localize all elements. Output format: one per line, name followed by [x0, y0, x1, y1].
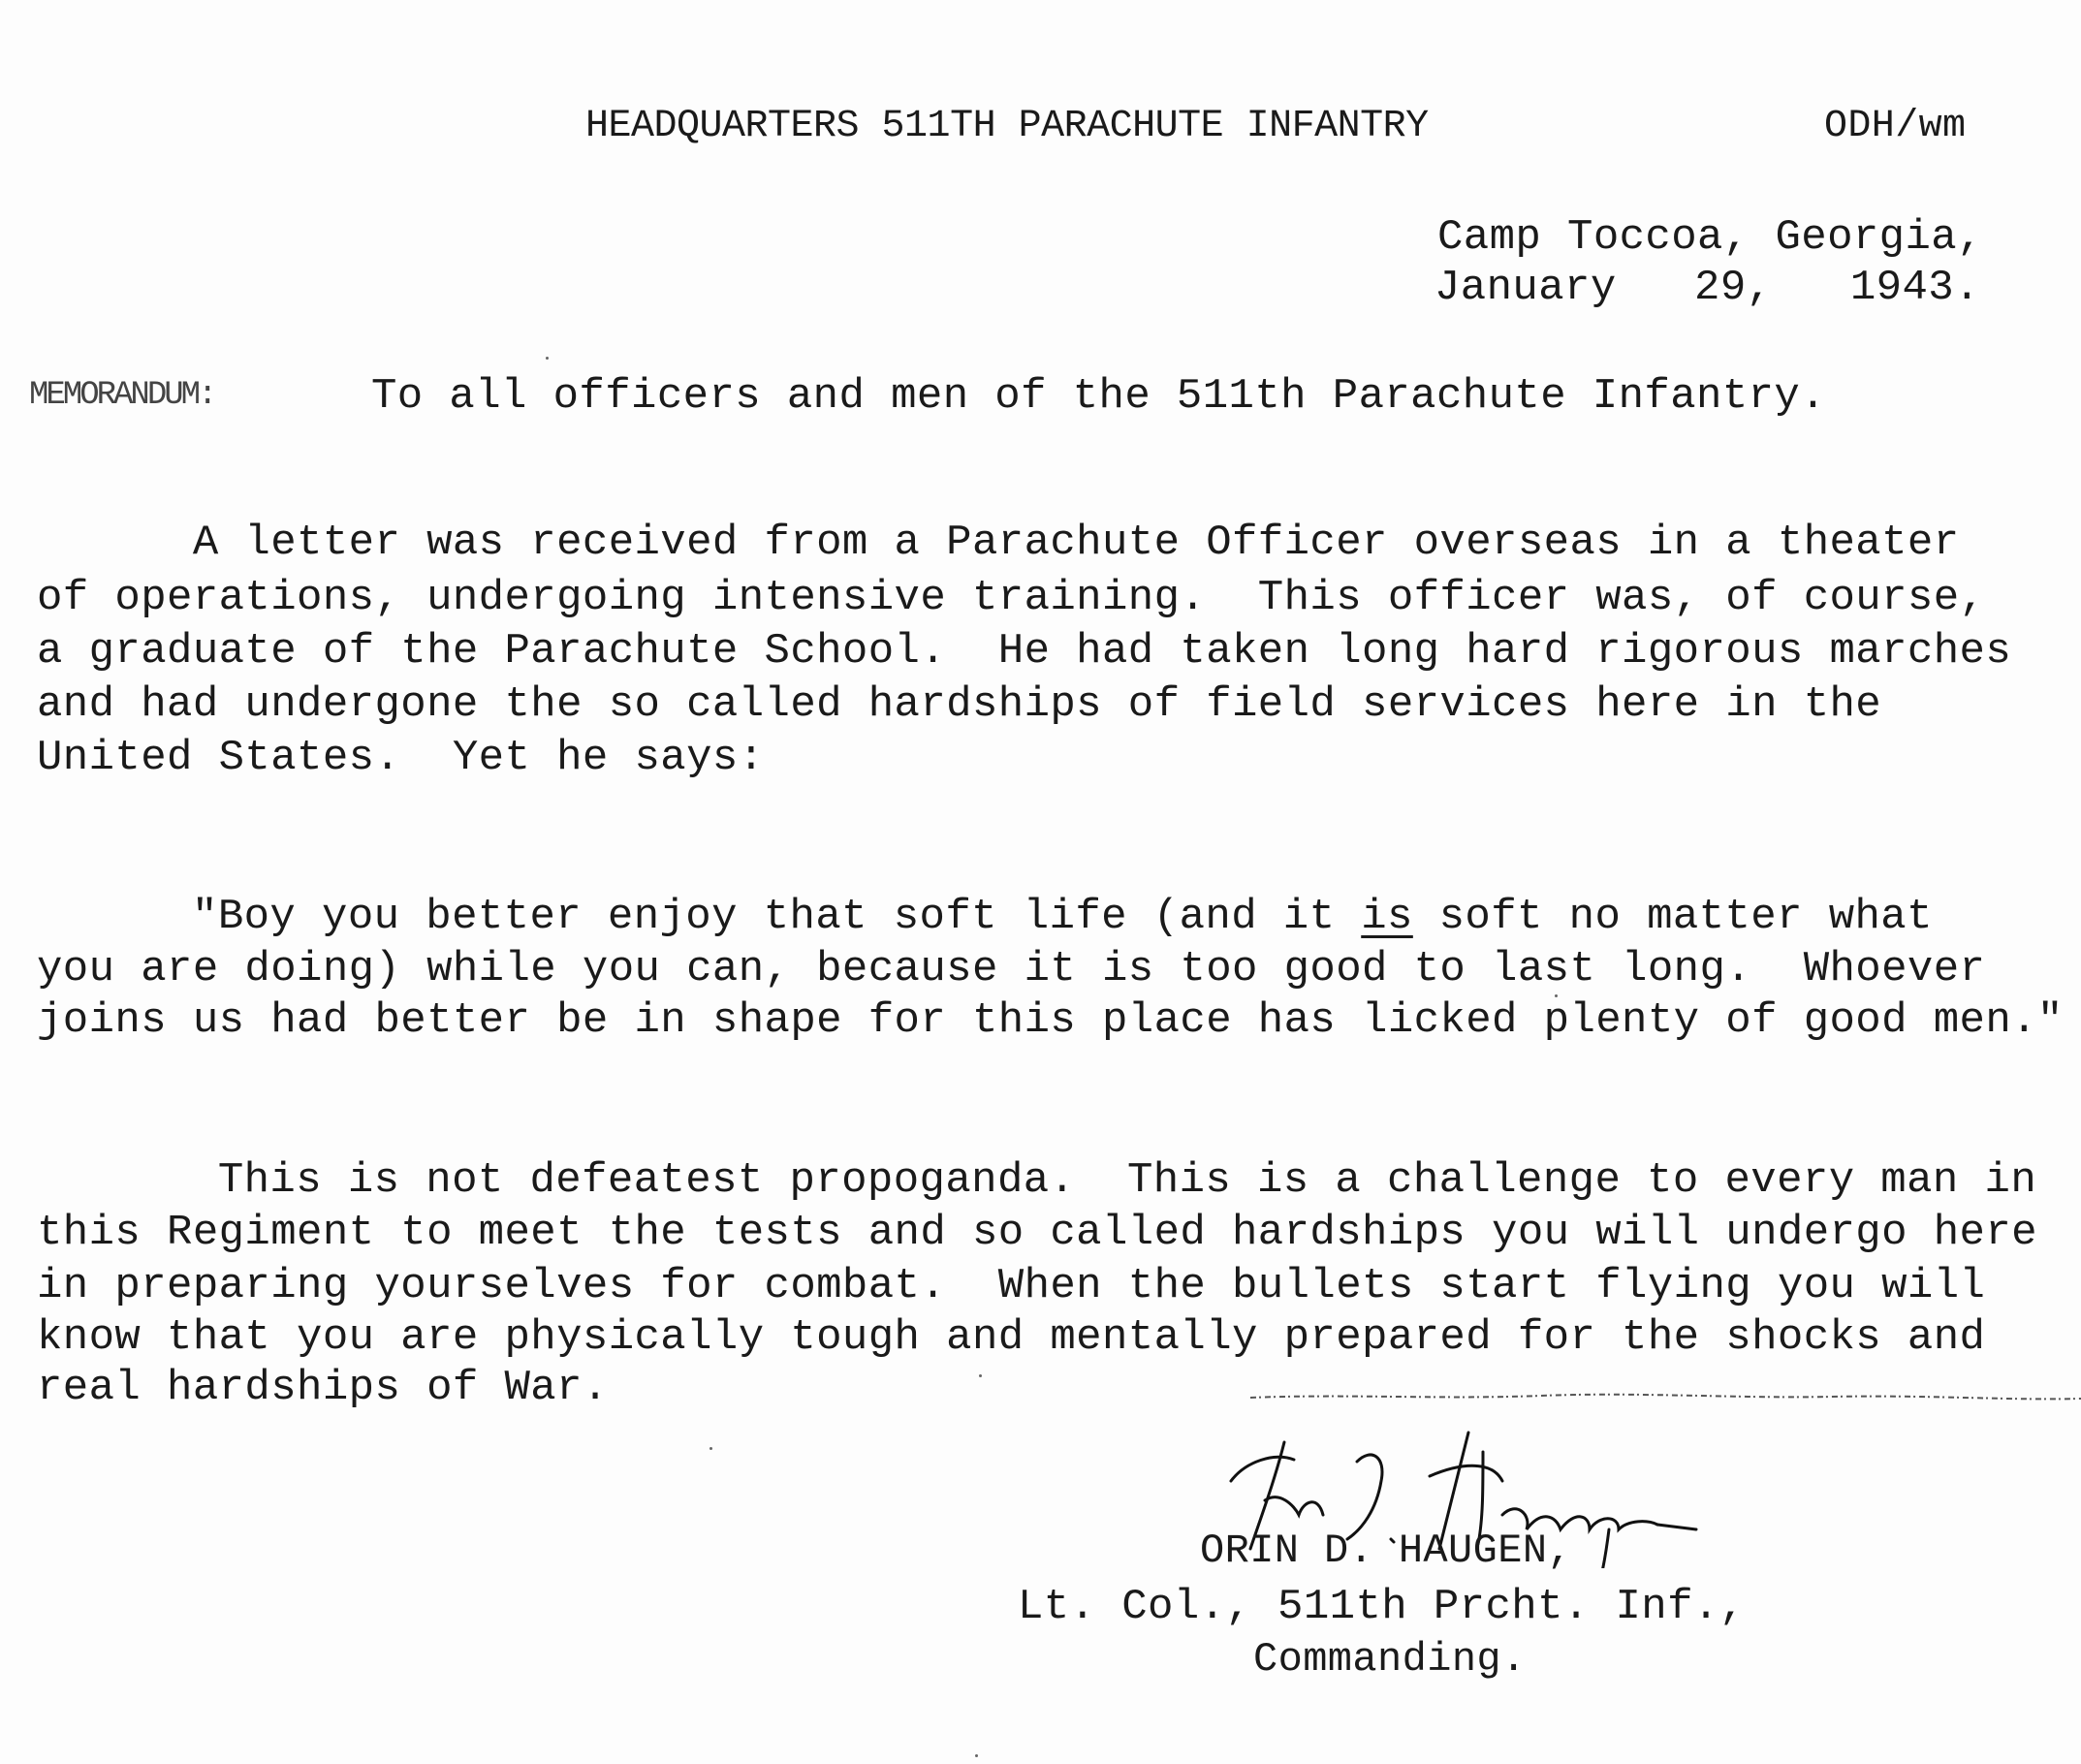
scan-speck [975, 1754, 978, 1757]
paragraph-line: and had undergone the so called hardship… [37, 683, 1881, 726]
paragraph-line: a graduate of the Parachute School. He h… [37, 630, 2011, 673]
quote-line: "Boy you better enjoy that soft life (an… [62, 896, 1933, 938]
memorandum-page: HEADQUARTERS 511TH PARACHUTE INFANTRY OD… [0, 0, 2081, 1764]
place-line: Camp Toccoa, Georgia, [1437, 213, 1983, 262]
letterhead: HEADQUARTERS 511TH PARACHUTE INFANTRY [585, 105, 1429, 148]
paragraph-line: know that you are physically tough and m… [37, 1316, 1985, 1359]
scan-speck [709, 1447, 712, 1450]
paragraph-line: A letter was received from a Parachute O… [37, 521, 1960, 564]
signer-name: ORIN D. HAUGEN, [1200, 1528, 1572, 1574]
scan-artifact [1250, 1369, 2081, 1382]
date-line: January 29, 1943. [1435, 264, 1980, 312]
memo-addressee: To all officers and men of the 511th Par… [371, 372, 1826, 421]
signer-role: Commanding. [1253, 1636, 1527, 1683]
signer-title: Lt. Col., 511th Prcht. Inf., [1018, 1583, 1746, 1631]
scan-speck [546, 357, 549, 360]
quote-line: joins us had better be in shape for this… [37, 999, 2064, 1042]
paragraph-line: in preparing yourselves for combat. When… [37, 1265, 1985, 1307]
paragraph-line: This is not defeatest propoganda. This i… [62, 1159, 2036, 1202]
paragraph-line: of operations, undergoing intensive trai… [37, 577, 1985, 619]
quote-line: you are doing) while you can, because it… [37, 948, 1985, 991]
paragraph-line: United States. Yet he says: [37, 737, 765, 779]
emphasized-word: is [1361, 893, 1413, 941]
paragraph-line: real hardships of War. [37, 1367, 609, 1409]
memo-label: MEMORANDUM: [29, 377, 214, 414]
paragraph-line: this Regiment to meet the tests and so c… [37, 1212, 2037, 1254]
scan-speck [979, 1374, 982, 1377]
scan-speck [1555, 994, 1558, 997]
reference-initials: ODH/wm [1824, 105, 1966, 148]
